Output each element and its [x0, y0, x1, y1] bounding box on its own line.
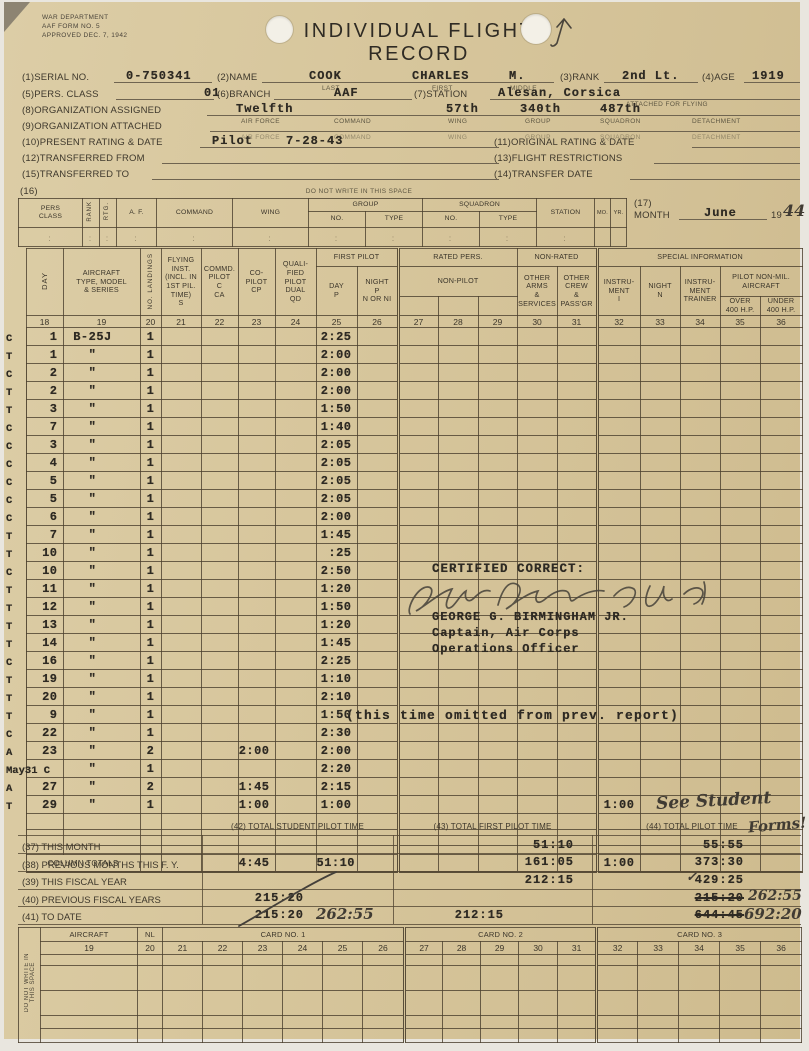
commd-pilot-cell — [201, 670, 238, 688]
flying-inst-cell — [161, 796, 201, 814]
flying-inst-cell — [161, 400, 201, 418]
first-pilot-night-cell — [357, 796, 398, 814]
flying-inst-cell — [161, 562, 201, 580]
first-pilot-night-cell — [357, 688, 398, 706]
sec16-group-header: GROUP — [309, 199, 423, 212]
margin-letter-cell: C — [4, 472, 26, 490]
day-cell: 1 — [26, 328, 63, 346]
sec16-squadron-no-header: NO. — [423, 212, 480, 228]
co-pilot-cell — [238, 526, 275, 544]
instrument-cell — [597, 688, 640, 706]
day-cell: 2 — [26, 364, 63, 382]
original-rating-label: (11)ORIGINAL RATING & DATE — [494, 137, 635, 148]
co-pilot-cell — [238, 706, 275, 724]
first-pilot-day-cell: 2:15 — [316, 778, 357, 796]
first-pilot-day-cell: 2:05 — [316, 436, 357, 454]
flight-log-row: T 19 " 1 1:10 — [4, 670, 802, 688]
other-arms-header: OTHER ARMS & SERVICES — [517, 267, 557, 316]
commd-pilot-cell — [201, 508, 238, 526]
flying-inst-cell — [161, 598, 201, 616]
co-pilot-cell — [238, 562, 275, 580]
co-pilot-cell — [238, 490, 275, 508]
org-assigned-label: (8)ORGANIZATION ASSIGNED — [22, 105, 161, 116]
instrument-trainer-header: INSTRU- MENT TRAINER — [680, 267, 720, 316]
first-pilot-this-month: 51:10 — [474, 838, 574, 852]
co-pilot-cell: 2:00 — [238, 742, 275, 760]
landings-cell: 1 — [140, 670, 161, 688]
flight-log-row: C 5 " 1 2:05 — [4, 490, 802, 508]
first-pilot-day-cell: 2:25 — [316, 652, 357, 670]
flight-log-row: C 16 " 1 2:25 — [4, 652, 802, 670]
flight-log-row: May31 C " 1 2:20 — [4, 760, 802, 778]
first-pilot-day-cell: 2:50 — [316, 562, 357, 580]
commd-pilot-cell — [201, 436, 238, 454]
first-pilot-day-cell: 1:50 — [316, 598, 357, 616]
card-no-3-header: CARD NO. 3 — [597, 928, 802, 942]
aircraft-cell: " — [63, 472, 140, 490]
aircraft-cell: " — [63, 670, 140, 688]
instrument-cell — [597, 724, 640, 742]
co-pilot-cell: 1:00 — [238, 796, 275, 814]
previous-fiscal-years-label: (40) PREVIOUS FISCAL YEARS — [22, 895, 161, 906]
first-pilot-day-cell: 2:05 — [316, 454, 357, 472]
aircraft-cell: " — [63, 526, 140, 544]
qualified-pilot-cell — [275, 778, 316, 796]
qualified-pilot-cell — [275, 328, 316, 346]
aircraft-cell: " — [63, 544, 140, 562]
rated-pers-group-header: RATED PERS. — [398, 249, 517, 267]
flying-inst-cell — [161, 778, 201, 796]
instrument-cell — [597, 778, 640, 796]
qualified-pilot-cell — [275, 562, 316, 580]
aircraft-cell: " — [63, 580, 140, 598]
fp-night-header: NIGHT P N OR NI — [357, 267, 398, 316]
flying-inst-cell — [161, 652, 201, 670]
aircraft-cell: " — [63, 382, 140, 400]
card-aircraft-header: AIRCRAFT — [41, 928, 138, 942]
first-pilot-night-cell — [357, 634, 398, 652]
first-pilot-night-cell — [357, 436, 398, 454]
co-pilot-cell — [238, 598, 275, 616]
first-pilot-day-cell: 2:05 — [316, 490, 357, 508]
sec16-yr-header: YR. — [611, 199, 627, 228]
landings-cell: 1 — [140, 598, 161, 616]
instrument-cell — [597, 742, 640, 760]
aircraft-cell: " — [63, 688, 140, 706]
margin-letter-cell: T — [4, 796, 26, 814]
qualified-pilot-cell — [275, 706, 316, 724]
first-pilot-day-cell: 2:05 — [316, 472, 357, 490]
flight-log-row: C 1 B-25J 1 2:25 — [4, 328, 802, 346]
night-header: NIGHT N — [640, 267, 680, 316]
card-empty-row — [19, 955, 802, 966]
flight-log-row: C 4 " 1 2:05 — [4, 454, 802, 472]
commd-pilot-cell — [201, 706, 238, 724]
do-not-write-caption: DO NOT WRITE IN THIS SPACE — [259, 188, 459, 195]
day-cell: 3 — [26, 436, 63, 454]
branch-label: (6)BRANCH — [217, 89, 271, 100]
day-cell: 5 — [26, 472, 63, 490]
sec16-rtg-header: RTG. — [100, 199, 117, 228]
aircraft-cell: " — [63, 508, 140, 526]
qualified-pilot-cell — [275, 454, 316, 472]
flight-log-row: C 6 " 1 2:00 — [4, 508, 802, 526]
instrument-cell — [597, 670, 640, 688]
total-student-pilot-time-header: (42) TOTAL STUDENT PILOT TIME — [202, 822, 393, 831]
aircraft-cell: " — [63, 598, 140, 616]
day-cell: 10 — [26, 562, 63, 580]
sec16-punch-row — [19, 228, 627, 247]
flight-log-row: T 7 " 1 1:45 — [4, 526, 802, 544]
first-pilot-day-cell: 2:25 — [316, 328, 357, 346]
punch-hole-right — [521, 14, 551, 44]
qualified-pilot-cell — [275, 742, 316, 760]
flight-log-row: T 1 " 1 2:00 — [4, 346, 802, 364]
flight-log-row: A 23 " 2 2:00 2:00 — [4, 742, 802, 760]
instrument-cell — [597, 436, 640, 454]
flying-inst-cell — [161, 616, 201, 634]
first-pilot-night-cell — [357, 490, 398, 508]
first-pilot-day-cell: 2:30 — [316, 724, 357, 742]
qualified-pilot-cell — [275, 796, 316, 814]
landings-cell: 1 — [140, 364, 161, 382]
margin-letter-cell: A — [4, 742, 26, 760]
transferred-from-label: (12)TRANSFERRED FROM — [22, 153, 145, 164]
flying-inst-cell — [161, 490, 201, 508]
under-400hp-header: UNDER 400 H.P. — [760, 297, 802, 316]
aircraft-cell: " — [63, 490, 140, 508]
flying-inst-cell — [161, 724, 201, 742]
scanned-flight-record: { "page": { "stamp": "WAR DEPARTMENT\nAA… — [0, 0, 809, 1051]
total-pilot-time-header: (44) TOTAL PILOT TIME — [592, 822, 792, 831]
first-pilot-day-cell: 1:40 — [316, 418, 357, 436]
first-pilot-day-cell: 1:10 — [316, 670, 357, 688]
non-rated-group-header: NON-RATED — [517, 249, 597, 267]
flight-log-row: T 20 " 1 2:10 — [4, 688, 802, 706]
sec16-group-type-header: TYPE — [366, 212, 423, 228]
first-pilot-night-cell — [357, 616, 398, 634]
certifier-rank: Captain, Air Corps — [432, 626, 580, 640]
qualified-pilot-cell — [275, 346, 316, 364]
commd-pilot-cell — [201, 724, 238, 742]
form-stamp: WAR DEPARTMENT AAF FORM NO. 5 APPROVED D… — [42, 14, 127, 40]
day-cell: 9 — [26, 706, 63, 724]
aircraft-cell: " — [63, 724, 140, 742]
co-pilot-cell — [238, 670, 275, 688]
first-pilot-day-cell: 1:00 — [316, 796, 357, 814]
commd-pilot-cell — [201, 652, 238, 670]
co-pilot-cell — [238, 472, 275, 490]
flying-inst-cell — [161, 688, 201, 706]
first-pilot-night-cell — [357, 472, 398, 490]
landings-cell: 2 — [140, 742, 161, 760]
landings-cell: 1 — [140, 634, 161, 652]
card-empty-row — [19, 966, 802, 991]
margin-letter-cell: T — [4, 634, 26, 652]
card-nl-header: NL — [138, 928, 163, 942]
aircraft-cell: " — [63, 652, 140, 670]
margin-letter-cell: C — [4, 490, 26, 508]
first-pilot-day-cell: 1:20 — [316, 580, 357, 598]
first-pilot-day-cell: 1:45 — [316, 634, 357, 652]
flying-inst-cell — [161, 580, 201, 598]
day-cell: 10 — [26, 544, 63, 562]
flying-inst-cell — [161, 670, 201, 688]
do-not-write-vertical-label: DO NOT WRITE IN THIS SPACE — [19, 928, 41, 1043]
sec16-squadron-header: SQUADRON — [423, 199, 537, 212]
qualified-pilot-cell — [275, 490, 316, 508]
first-pilot-day-cell: 2:00 — [316, 382, 357, 400]
flight-log-table: DAY AIRCRAFT TYPE, MODEL & SERIES NO. LA… — [4, 248, 802, 873]
total-to-date-struck: 644:45 — [644, 908, 744, 922]
total-this-month: 55:55 — [644, 838, 744, 852]
first-pilot-night-cell — [357, 760, 398, 778]
special-info-group-header: SPECIAL INFORMATION — [597, 249, 802, 267]
co-pilot-cell — [238, 760, 275, 778]
day-cell: 5 — [26, 490, 63, 508]
aircraft-column-header: AIRCRAFT TYPE, MODEL & SERIES — [63, 249, 140, 316]
margin-letter-cell: C — [4, 562, 26, 580]
landings-cell: 1 — [140, 652, 161, 670]
name-label: (2)NAME — [217, 72, 257, 83]
landings-cell: 1 — [140, 616, 161, 634]
sec16-station-header: STATION — [537, 199, 595, 228]
day-cell: 7 — [26, 526, 63, 544]
margin-letter-cell: T — [4, 346, 26, 364]
day-cell: 11 — [26, 580, 63, 598]
punch-hole-left — [266, 16, 293, 43]
month-17-label: (17) — [634, 198, 652, 209]
landings-cell: 1 — [140, 580, 161, 598]
commd-pilot-cell — [201, 490, 238, 508]
flying-inst-cell — [161, 382, 201, 400]
day-cell: 19 — [26, 670, 63, 688]
co-pilot-cell — [238, 328, 275, 346]
present-rating-label: (10)PRESENT RATING & DATE — [22, 137, 163, 148]
card-empty-row — [19, 1016, 802, 1029]
commd-pilot-cell — [201, 688, 238, 706]
aircraft-cell: " — [63, 400, 140, 418]
total-prev-fiscal-years-struck: 215:20 — [644, 891, 744, 905]
qualified-pilot-header: QUALI- FIED PILOT DUAL QD — [275, 249, 316, 316]
pers-class-label: (5)PERS. CLASS — [22, 89, 99, 100]
day-cell: 22 — [26, 724, 63, 742]
landings-cell: 1 — [140, 400, 161, 418]
first-pilot-day-cell: 2:00 — [316, 346, 357, 364]
sec16-mo-header: MO. — [595, 199, 611, 228]
total-fiscal-year: 429:25 — [644, 873, 744, 887]
flying-inst-cell — [161, 346, 201, 364]
day-cell: 12 — [26, 598, 63, 616]
total-prev-months: 373:30 — [644, 855, 744, 869]
flight-log-row: T 13 " 1 1:20 — [4, 616, 802, 634]
flight-log-row: T 10 " 1 :25 — [4, 544, 802, 562]
flight-restrictions-label: (13)FLIGHT RESTRICTIONS — [494, 153, 622, 164]
this-fiscal-year-label: (39) THIS FISCAL YEAR — [22, 877, 127, 888]
commd-pilot-cell — [201, 778, 238, 796]
previous-months-label: (38) PREVIOUS MONTHS THIS F. Y. — [22, 860, 179, 871]
first-pilot-night-cell — [357, 508, 398, 526]
commd-pilot-cell — [201, 400, 238, 418]
qualified-pilot-cell — [275, 508, 316, 526]
aircraft-cell: " — [63, 454, 140, 472]
first-pilot-night-cell — [357, 580, 398, 598]
margin-letter-cell: C — [4, 418, 26, 436]
year-handwritten: 44 — [783, 201, 805, 220]
flying-inst-cell — [161, 328, 201, 346]
flying-inst-cell — [161, 742, 201, 760]
pen-slash-mark — [229, 868, 344, 930]
flight-log-row: C 7 " 1 1:40 — [4, 418, 802, 436]
first-pilot-night-cell — [357, 598, 398, 616]
landings-cell: 1 — [140, 490, 161, 508]
first-pilot-day-cell: 2:10 — [316, 688, 357, 706]
commd-pilot-cell — [201, 598, 238, 616]
margin-letter-cell: T — [4, 580, 26, 598]
first-pilot-night-cell — [357, 778, 398, 796]
day-cell: 1 — [26, 346, 63, 364]
card-empty-row — [19, 991, 802, 1016]
instrument-cell — [597, 382, 640, 400]
aircraft-cell: " — [63, 742, 140, 760]
omitted-time-note: (this time omitted from prev. report) — [346, 708, 679, 723]
landings-cell: 1 — [140, 382, 161, 400]
margin-letter-cell: T — [4, 598, 26, 616]
qualified-pilot-cell — [275, 400, 316, 418]
co-pilot-cell — [238, 346, 275, 364]
rank-label: (3)RANK — [560, 72, 599, 83]
co-pilot-cell — [238, 418, 275, 436]
sec16-pers-class-header: PERS CLASS — [19, 199, 83, 228]
aircraft-cell: B-25J — [63, 328, 140, 346]
instrument-cell — [597, 760, 640, 778]
instrument-cell — [597, 454, 640, 472]
aircraft-cell: " — [63, 634, 140, 652]
instrument-cell — [597, 400, 640, 418]
landings-cell: 1 — [140, 526, 161, 544]
instrument-cell — [597, 490, 640, 508]
qualified-pilot-cell — [275, 418, 316, 436]
co-pilot-cell — [238, 724, 275, 742]
age-label: (4)AGE — [702, 72, 735, 83]
first-pilot-group-header: FIRST PILOT — [316, 249, 398, 267]
non-pilot-header: NON-PILOT — [398, 267, 517, 297]
first-pilot-night-cell — [357, 652, 398, 670]
sec16-group-no-header: NO. — [309, 212, 366, 228]
margin-letter-cell: T — [4, 400, 26, 418]
flight-log-row: C 22 " 1 2:30 — [4, 724, 802, 742]
qualified-pilot-cell — [275, 436, 316, 454]
qualified-pilot-cell — [275, 760, 316, 778]
commd-pilot-cell — [201, 472, 238, 490]
flight-log-row: C 2 " 1 2:00 — [4, 364, 802, 382]
co-pilot-cell — [238, 454, 275, 472]
first-pilot-night-cell — [357, 526, 398, 544]
over-400hp-header: OVER 400 H.P. — [720, 297, 760, 316]
margin-letter-cell: May31 C — [4, 760, 26, 778]
landings-cell: 1 — [140, 454, 161, 472]
aircraft-cell: " — [63, 616, 140, 634]
instrument-cell — [597, 634, 640, 652]
qualified-pilot-cell — [275, 544, 316, 562]
total-prev-fiscal-years-corrected: 262:55 — [748, 888, 802, 904]
landings-cell: 2 — [140, 778, 161, 796]
co-pilot-cell — [238, 364, 275, 382]
flight-log-row: T 14 " 1 1:45 — [4, 634, 802, 652]
sec16-af-header: A. F. — [117, 199, 157, 228]
sec16-squadron-type-header: TYPE — [480, 212, 537, 228]
instrument-cell — [597, 364, 640, 382]
transferred-to-label: (15)TRANSFERRED TO — [22, 169, 129, 180]
instrument-cell — [597, 346, 640, 364]
flying-inst-cell — [161, 706, 201, 724]
landings-cell: 1 — [140, 328, 161, 346]
flying-inst-cell — [161, 364, 201, 382]
margin-letter-cell: C — [4, 652, 26, 670]
other-crew-header: OTHER CREW & PASS'GR — [557, 267, 597, 316]
day-cell: 4 — [26, 454, 63, 472]
margin-letter-cell: C — [4, 436, 26, 454]
flying-inst-cell — [161, 760, 201, 778]
landings-cell: 1 — [140, 562, 161, 580]
day-cell: 14 — [26, 634, 63, 652]
margin-letter-cell: T — [4, 382, 26, 400]
commd-pilot-cell — [201, 526, 238, 544]
instrument-cell — [597, 472, 640, 490]
this-month-label: (37) THIS MONTH — [22, 842, 100, 853]
first-pilot-prev-months: 161:05 — [474, 855, 574, 869]
certifier-name: GEORGE G. BIRMINGHAM JR. — [432, 610, 629, 624]
first-pilot-night-cell — [357, 724, 398, 742]
flying-inst-cell — [161, 508, 201, 526]
first-pilot-night-cell — [357, 346, 398, 364]
card-empty-row — [19, 1029, 802, 1043]
sec16-rank-header: RANK — [83, 199, 100, 228]
instrument-cell — [597, 508, 640, 526]
day-cell: 6 — [26, 508, 63, 526]
qualified-pilot-cell — [275, 382, 316, 400]
aircraft-cell: " — [63, 760, 140, 778]
commd-pilot-cell — [201, 418, 238, 436]
qualified-pilot-cell — [275, 652, 316, 670]
first-pilot-day-cell: 2:00 — [316, 364, 357, 382]
commd-pilot-cell — [201, 364, 238, 382]
instrument-cell — [597, 418, 640, 436]
landings-cell: 1 — [140, 436, 161, 454]
commd-pilot-cell — [201, 796, 238, 814]
margin-letter-cell: C — [4, 454, 26, 472]
day-cell: 20 — [26, 688, 63, 706]
flight-log-row: T 3 " 1 1:50 — [4, 400, 802, 418]
instrument-header: INSTRU- MENT I — [597, 267, 640, 316]
day-cell: 29 — [26, 796, 63, 814]
qualified-pilot-cell — [275, 472, 316, 490]
transfer-date-label: (14)TRANSFER DATE — [494, 169, 593, 180]
flight-log-row: C 3 " 1 2:05 — [4, 436, 802, 454]
instrument-cell — [597, 652, 640, 670]
card-table: DO NOT WRITE IN THIS SPACE AIRCRAFT NL C… — [18, 927, 801, 1043]
first-pilot-day-cell: 1:45 — [316, 526, 357, 544]
instrument-cell — [597, 328, 640, 346]
commd-pilot-cell — [201, 742, 238, 760]
to-date-label: (41) TO DATE — [22, 912, 82, 923]
flying-inst-header: FLYING INST. (INCL. IN 1ST PIL. TIME) S — [161, 249, 201, 316]
qualified-pilot-cell — [275, 670, 316, 688]
qualified-pilot-cell — [275, 724, 316, 742]
aircraft-cell: " — [63, 562, 140, 580]
qualified-pilot-cell — [275, 580, 316, 598]
landings-cell: 1 — [140, 508, 161, 526]
